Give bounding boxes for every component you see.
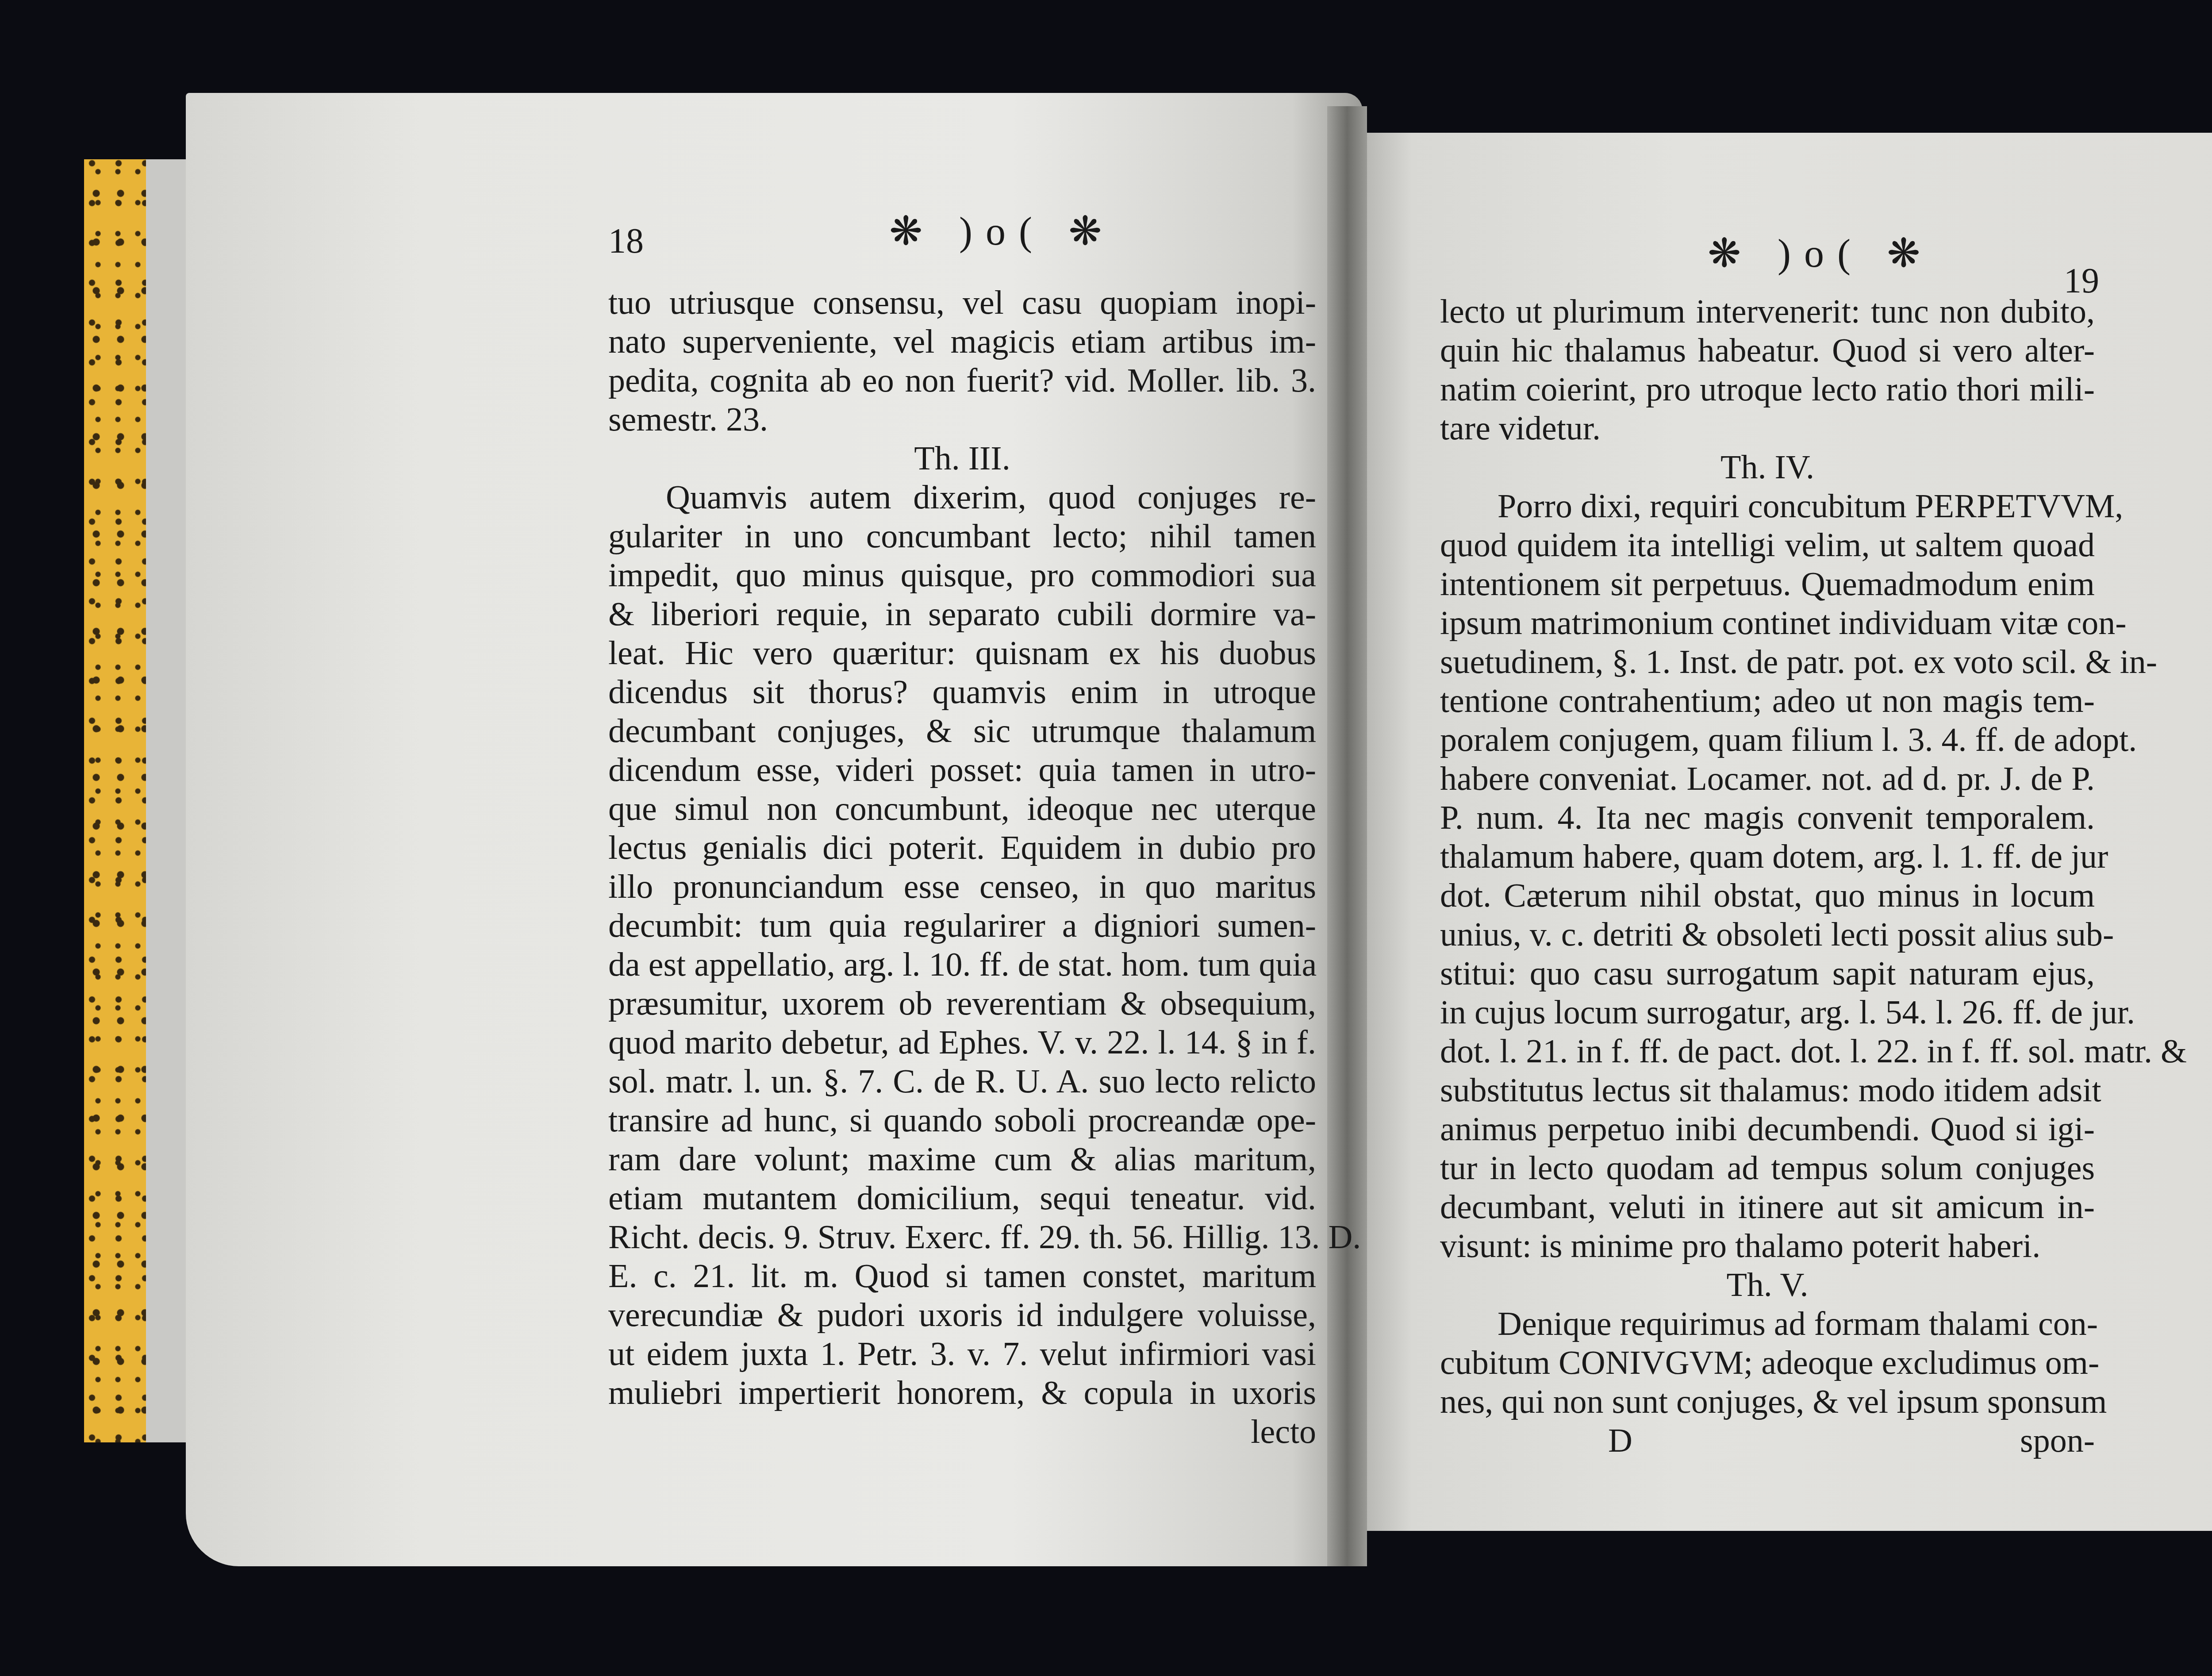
text-line: ut eidem juxta 1. Petr. 3. v. 7. velut i… (608, 1334, 1316, 1373)
text-line: Richt. decis. 9. Struv. Exerc. ff. 29. t… (608, 1218, 1316, 1257)
text-line: lectus genialis dici poterit. Equidem in… (608, 828, 1316, 867)
left-page-text: tuo utriusque consensu, vel casu quopiam… (608, 283, 1316, 1451)
text-line: suetudinem, §. 1. Inst. de patr. pot. ex… (1440, 642, 2095, 681)
text-line: stitui: quo casu surrogatum sapit natura… (1440, 954, 2095, 993)
page-number-left: 18 (608, 221, 644, 261)
text-line: dicendus sit thorus? quamvis enim in utr… (608, 673, 1316, 711)
text-line: thalamum habere, quam dotem, arg. l. 1. … (1440, 837, 2095, 876)
text-line: ram dare volunt; maxime cum & alias mari… (608, 1140, 1316, 1179)
text-line: sol. matr. l. un. §. 7. C. de R. U. A. s… (608, 1062, 1316, 1101)
text-line: tare videtur. (1440, 409, 2095, 448)
signature-mark: D (1608, 1421, 1632, 1460)
thesis-heading: Th. V. (1440, 1265, 2095, 1304)
text-line: & liberiori requie, in separato cubili d… (608, 595, 1316, 634)
text-line: lecto (608, 1412, 1316, 1451)
text-line: decumbant conjuges, & sic utrumque thala… (608, 711, 1316, 750)
text-line: transire ad hunc, si quando soboli procr… (608, 1101, 1316, 1140)
text-line: dot. l. 21. in f. ff. de pact. dot. l. 2… (1440, 1032, 2095, 1071)
text-line: tentione contrahentium; adeo ut non magi… (1440, 681, 2095, 720)
text-line: semestr. 23. (608, 400, 1316, 439)
text-line: unius, v. c. detriti & obsoleti lecti po… (1440, 915, 2095, 954)
text-line: decumbant, veluti in itinere aut sit ami… (1440, 1188, 2095, 1226)
text-line: impedit, quo minus quisque, pro commodio… (608, 556, 1316, 595)
text-line: poralem conjugem, quam filium l. 3. 4. f… (1440, 720, 2095, 759)
text-line: quin hic thalamus habeatur. Quod si vero… (1440, 331, 2095, 370)
ornament-right: ❋ )o( ❋ (1708, 230, 1934, 277)
text-line: leat. Hic vero quæritur: quisnam ex his … (608, 634, 1316, 673)
text-line: quod marito debetur, ad Ephes. V. v. 22.… (608, 1023, 1316, 1062)
right-page-text: lecto ut plurimum intervenerit: tunc non… (1440, 292, 2095, 1460)
text-line: dot. Cæterum nihil obstat, quo minus in … (1440, 876, 2095, 915)
book-cover-edge-left (84, 159, 146, 1442)
text-line: habere conveniat. Locamer. not. ad d. pr… (1440, 759, 2095, 798)
text-line: pedita, cognita ab eo non fuerit? vid. M… (608, 361, 1316, 400)
text-line: etiam mutantem domicilium, sequi teneatu… (608, 1179, 1316, 1218)
footer-row: Dspon- (1440, 1421, 2095, 1460)
thesis-heading: Th. IV. (1440, 448, 2095, 487)
text-line: intentionem sit perpetuus. Quemadmodum e… (1440, 565, 2095, 604)
ornament-left: ❋ )o( ❋ (889, 208, 1115, 254)
text-line: tuo utriusque consensu, vel casu quopiam… (608, 283, 1316, 322)
text-line: da est appellatio, arg. l. 10. ff. de st… (608, 945, 1316, 984)
text-line: illo pronunciandum esse censeo, in quo m… (608, 867, 1316, 906)
text-line: verecundiæ & pudori uxoris id indulgere … (608, 1295, 1316, 1334)
text-line: ipsum matrimonium continet individuam vi… (1440, 604, 2095, 642)
thesis-heading: Th. III. (608, 439, 1316, 478)
text-line: Porro dixi, requiri concubitum PERPETVVM… (1440, 487, 2095, 526)
text-line: quod quidem ita intelligi velim, ut salt… (1440, 526, 2095, 565)
text-line: præsumitur, uxorem ob reverentiam & obse… (608, 984, 1316, 1023)
book-gutter (1327, 106, 1367, 1566)
text-line: E. c. 21. lit. m. Quod si tamen constet,… (608, 1257, 1316, 1295)
text-line: Denique requirimus ad formam thalami con… (1440, 1304, 2095, 1343)
text-line: dicendum esse, videri posset: quia tamen… (608, 750, 1316, 789)
text-line: muliebri impertierit honorem, & copula i… (608, 1373, 1316, 1412)
text-line: que simul non concumbunt, ideoque nec ut… (608, 789, 1316, 828)
text-line: gulariter in uno concumbant lecto; nihil… (608, 517, 1316, 556)
text-line: lecto ut plurimum intervenerit: tunc non… (1440, 292, 2095, 331)
text-line: tur in lecto quodam ad tempus solum conj… (1440, 1149, 2095, 1188)
text-line: substitutus lectus sit thalamus: modo it… (1440, 1071, 2095, 1110)
text-line: nes, qui non sunt conjuges, & vel ipsum … (1440, 1382, 2095, 1421)
text-line: Quamvis autem dixerim, quod conjuges re- (608, 478, 1316, 517)
text-line: natim coierint, pro utroque lecto ratio … (1440, 370, 2095, 409)
text-line: P. num. 4. Ita nec magis convenit tempor… (1440, 798, 2095, 837)
text-line: animus perpetuo inibi decumbendi. Quod s… (1440, 1110, 2095, 1149)
catchword: spon- (2020, 1421, 2095, 1460)
text-line: visunt: is minime pro thalamo poterit ha… (1440, 1226, 2095, 1265)
text-line: in cujus locum surrogatur, arg. l. 54. l… (1440, 993, 2095, 1032)
text-line: cubitum CONIVGVM; adeoque excludimus om- (1440, 1343, 2095, 1382)
text-line: decumbit: tum quia regularirer a dignior… (608, 906, 1316, 945)
text-line: nato superveniente, vel magicis etiam ar… (608, 322, 1316, 361)
